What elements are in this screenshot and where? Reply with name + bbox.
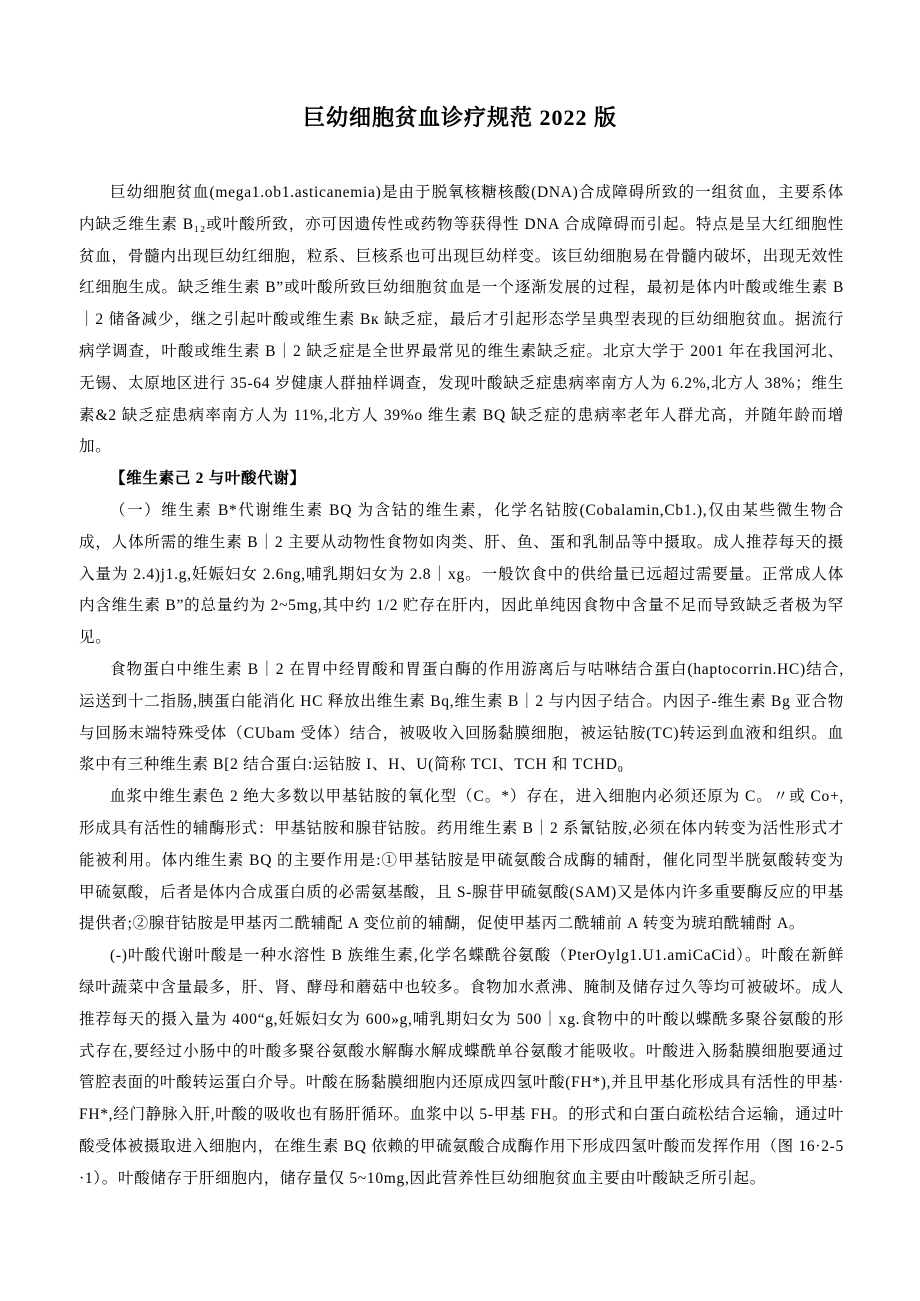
document-content: 巨幼细胞贫血(mega1.ob1.asticanemia)是由于脱氧核糖核酸(D… (79, 177, 844, 1195)
section-heading: 【维生素己 2 与叶酸代谢】 (79, 463, 844, 495)
paragraph: (-)叶酸代谢叶酸是一种水溶性 B 族维生素,化学名蝶酰谷氨酸（PterOylg… (79, 940, 844, 1194)
paragraph: （一）维生素 B*代谢维生素 BQ 为含钴的维生素，化学名钴胺(Cobalami… (79, 495, 844, 654)
paragraph: 巨幼细胞贫血(mega1.ob1.asticanemia)是由于脱氧核糖核酸(D… (79, 177, 844, 463)
document-page: 巨幼细胞贫血诊疗规范 2022 版 巨幼细胞贫血(mega1.ob1.astic… (0, 0, 920, 1301)
document-title: 巨幼细胞贫血诊疗规范 2022 版 (0, 0, 920, 132)
paragraph: 血浆中维生素色 2 绝大多数以甲基钴胺的氧化型（C。*）存在，进入细胞内必须还原… (79, 781, 844, 940)
paragraph: 食物蛋白中维生素 B｜2 在胃中经胃酸和胃蛋白酶的作用游离后与咕啉结合蛋白(ha… (79, 654, 844, 781)
